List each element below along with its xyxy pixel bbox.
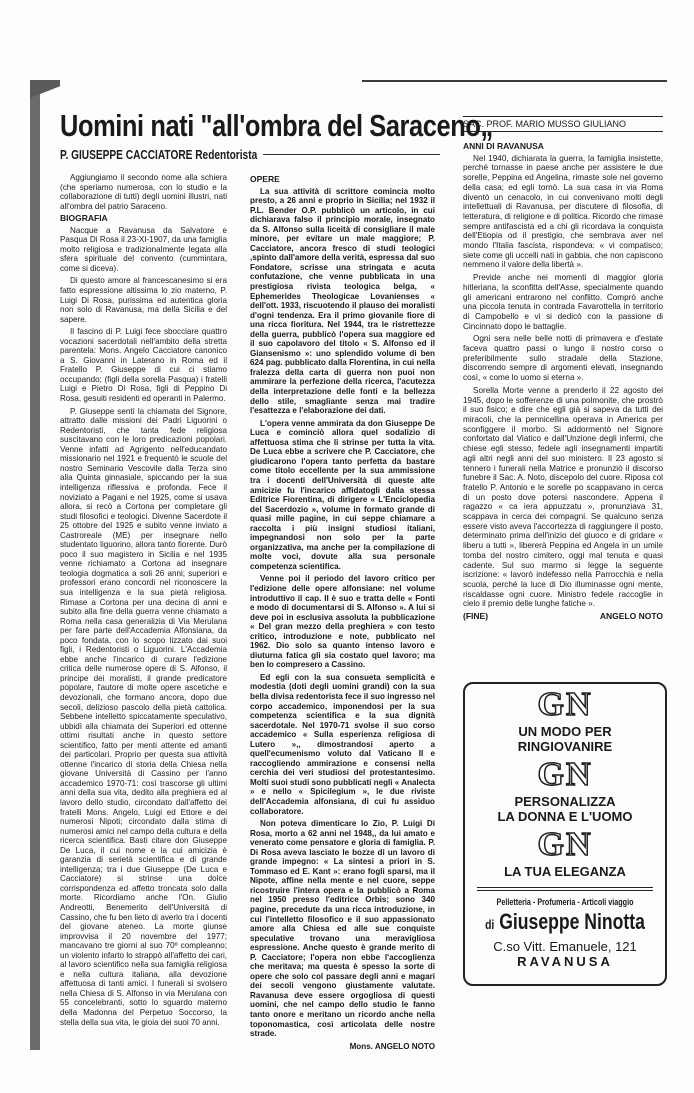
top-rule [362, 80, 667, 82]
paragraph: Ogni sera nelle belle notti di primavera… [463, 334, 663, 383]
column-opere: OPERE La sua attività di scrittore comin… [250, 173, 435, 1051]
section-title-biografia: BIOGRAFIA [60, 214, 227, 224]
byline-rule [263, 154, 440, 155]
end-row: (FINE) ANGELO NOTO [463, 612, 663, 622]
paragraph: Venne poi il periodo del lavoro critico … [250, 574, 435, 669]
gn-logo: GN [465, 826, 665, 864]
paragraph: Il fascino di P. Luigi fece sbocciare qu… [60, 327, 227, 403]
paragraph: L'opera venne ammirata da don Giuseppe D… [250, 419, 435, 572]
ad-slogan: LA DONNA E L'UOMO [465, 809, 665, 824]
page-edge-tab [30, 80, 60, 98]
gn-logo: GN [465, 756, 665, 794]
column-anni-di-ravanusa: ANNI DI RAVANUSA Nel 1940, dichiarata la… [463, 140, 663, 622]
ad-slogan: PERSONALIZZA [465, 794, 665, 809]
paragraph: Nel 1940, dichiarata la guerra, la famig… [463, 154, 663, 270]
paragraph: La sua attività di scrittore comincia mo… [250, 187, 435, 416]
byline-text: P. GIUSEPPE CACCIATORE Redentorista [60, 147, 257, 162]
paragraph: P. Giuseppe sentì la chiamata del Signor… [60, 407, 227, 1028]
article-headline: Uomini nati "all'ombra del Saraceno„ [60, 108, 372, 144]
intro-paragraph: Aggiungiamo il secondo nome alla schiera… [60, 173, 227, 211]
ad-slogan: RINGIOVANIRE [465, 739, 665, 754]
paragraph: Nacque a Ravanusa da Salvatore e Pasqua … [60, 226, 227, 274]
paragraph: Non poteva dimenticare lo Zio, P. Luigi … [250, 819, 435, 1039]
paragraph: Ed egli con la sua consueta semplicità e… [250, 673, 435, 816]
section-title-opere: OPERE [250, 175, 435, 185]
shop-types: Pelletteria - Profumeria - Articoli viag… [485, 897, 645, 907]
signature: ANGELO NOTO [600, 612, 663, 622]
gn-logo: GN [465, 686, 665, 724]
fine-label: (FINE) [463, 612, 488, 622]
column-author: SAC. PROF. MARIO MUSSO GIULIANO [463, 116, 663, 132]
ad-divider [477, 887, 653, 891]
ad-slogan: UN MODO PER [465, 724, 665, 739]
shop-name: di Giuseppe Ninotta [485, 909, 645, 935]
paragraph: Di questo amore al francescanesimo si er… [60, 276, 227, 324]
shop-address: C.so Vitt. Emanuele, 121 [465, 939, 665, 954]
section-title-anni: ANNI DI RAVANUSA [463, 142, 663, 152]
paragraph: Previde anche nei momenti di maggior glo… [463, 273, 663, 331]
shop-town: RAVANUSA [465, 954, 665, 969]
signature: Mons. ANGELO NOTO [250, 1042, 435, 1052]
column-biografia: Aggiungiamo il secondo nome alla schiera… [60, 173, 227, 1030]
shop-name-prefix: di [485, 917, 494, 932]
paragraph: Sorella Morte venne a prenderlo il 22 ag… [463, 386, 663, 609]
shop-owner: Giuseppe Ninotta [499, 909, 645, 934]
article-byline: P. GIUSEPPE CACCIATORE Redentorista [60, 147, 440, 162]
page-edge-shadow [30, 82, 40, 1050]
ad-slogan: LA TUA ELEGANZA [465, 864, 665, 879]
advertisement-box: GN UN MODO PER RINGIOVANIRE GN PERSONALI… [463, 682, 667, 986]
